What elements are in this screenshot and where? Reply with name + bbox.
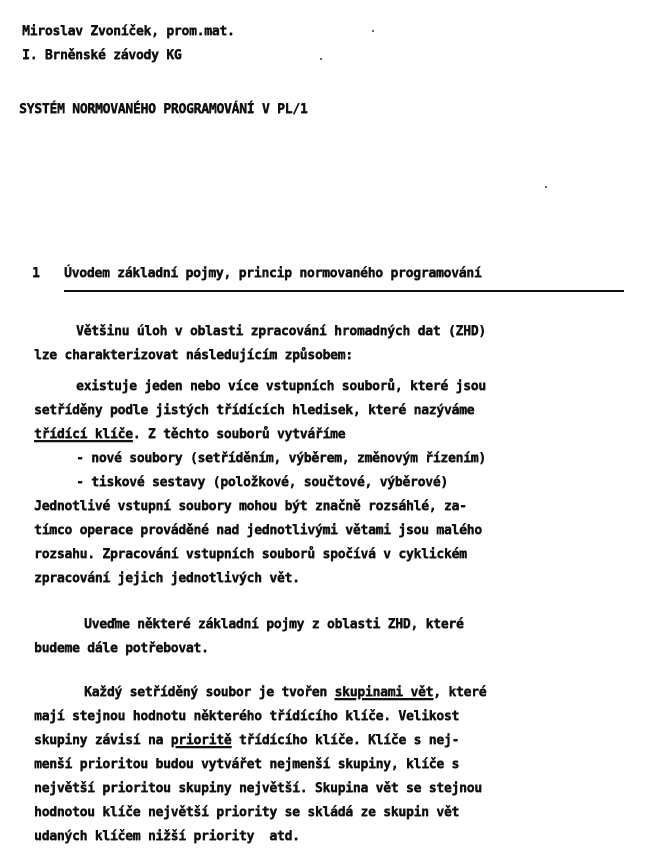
term-sort-keys: třídící klíče	[34, 427, 133, 442]
paragraph-4-line-7: udaných klíčem nižší priority atd.	[34, 829, 300, 845]
paragraph-4-line-6: hodnotou klíče největší priority se sklá…	[34, 805, 459, 821]
list-item-new-files: - nové soubory (setříděním, výběrem, změ…	[76, 451, 486, 467]
paragraph-4-line-5: největší prioritou skupiny největší. Sku…	[34, 781, 482, 797]
paragraph-3-line-1: Uveďme některé základní pojmy z oblasti …	[84, 617, 463, 633]
author-name: Miroslav Zvoníček, prom.mat.	[22, 24, 235, 40]
term-record-groups: skupinami vět	[334, 685, 433, 700]
paragraph-2-line-2: setříděny podle jistých třídících hledis…	[34, 403, 474, 419]
section-number: 1	[32, 266, 40, 282]
paragraph-3-line-2: budeme dále potřebovat.	[34, 641, 209, 657]
paragraph-4-line-2: mají stejnou hodnotu některého třídícího…	[34, 709, 459, 725]
paragraph-4-line-3: skupiny závisí na prioritě třídícího klí…	[34, 733, 459, 749]
scan-speck	[372, 30, 374, 32]
paragraph-2-line-1: existuje jeden nebo více vstupních soubo…	[76, 379, 486, 395]
paragraph-2-line-8: rozsahu. Zpracování vstupních souborů sp…	[34, 547, 467, 563]
document-page: Miroslav Zvoníček, prom.mat. I. Brněnské…	[0, 0, 655, 856]
paragraph-2-line-9: zpracování jejich jednotlivých vět.	[34, 571, 300, 587]
section-heading: Úvodem základní pojmy, princip normované…	[64, 266, 481, 282]
list-item-print-reports: - tiskové sestavy (položkové, součtové, …	[76, 475, 448, 491]
term-priority: prioritě	[171, 733, 232, 748]
paragraph-2-line-6: Jednotlivé vstupní soubory mohou být zna…	[34, 499, 467, 515]
affiliation: I. Brněnské závody KG	[22, 48, 181, 64]
scan-speck	[320, 58, 322, 60]
heading-underline	[64, 290, 624, 292]
paragraph-1-line-1: Většinu úloh v oblasti zpracování hromad…	[76, 324, 486, 340]
scan-speck	[545, 186, 547, 188]
paragraph-2-line-7: tímco operace prováděné nad jednotlivými…	[34, 523, 482, 539]
paragraph-2-line-3: třídící klíče. Z těchto souborů vytvářím…	[34, 427, 345, 443]
paragraph-4-line-1: Každý setříděný soubor je tvořen skupina…	[84, 685, 486, 701]
paragraph-4-line-4: menší prioritou budou vytvářet nejmenší …	[34, 757, 459, 773]
document-title: SYSTÉM NORMOVANÉHO PROGRAMOVÁNÍ V PL/1	[19, 102, 307, 118]
paragraph-1-line-2: lze charakterizovat následujícím způsobe…	[34, 348, 353, 364]
